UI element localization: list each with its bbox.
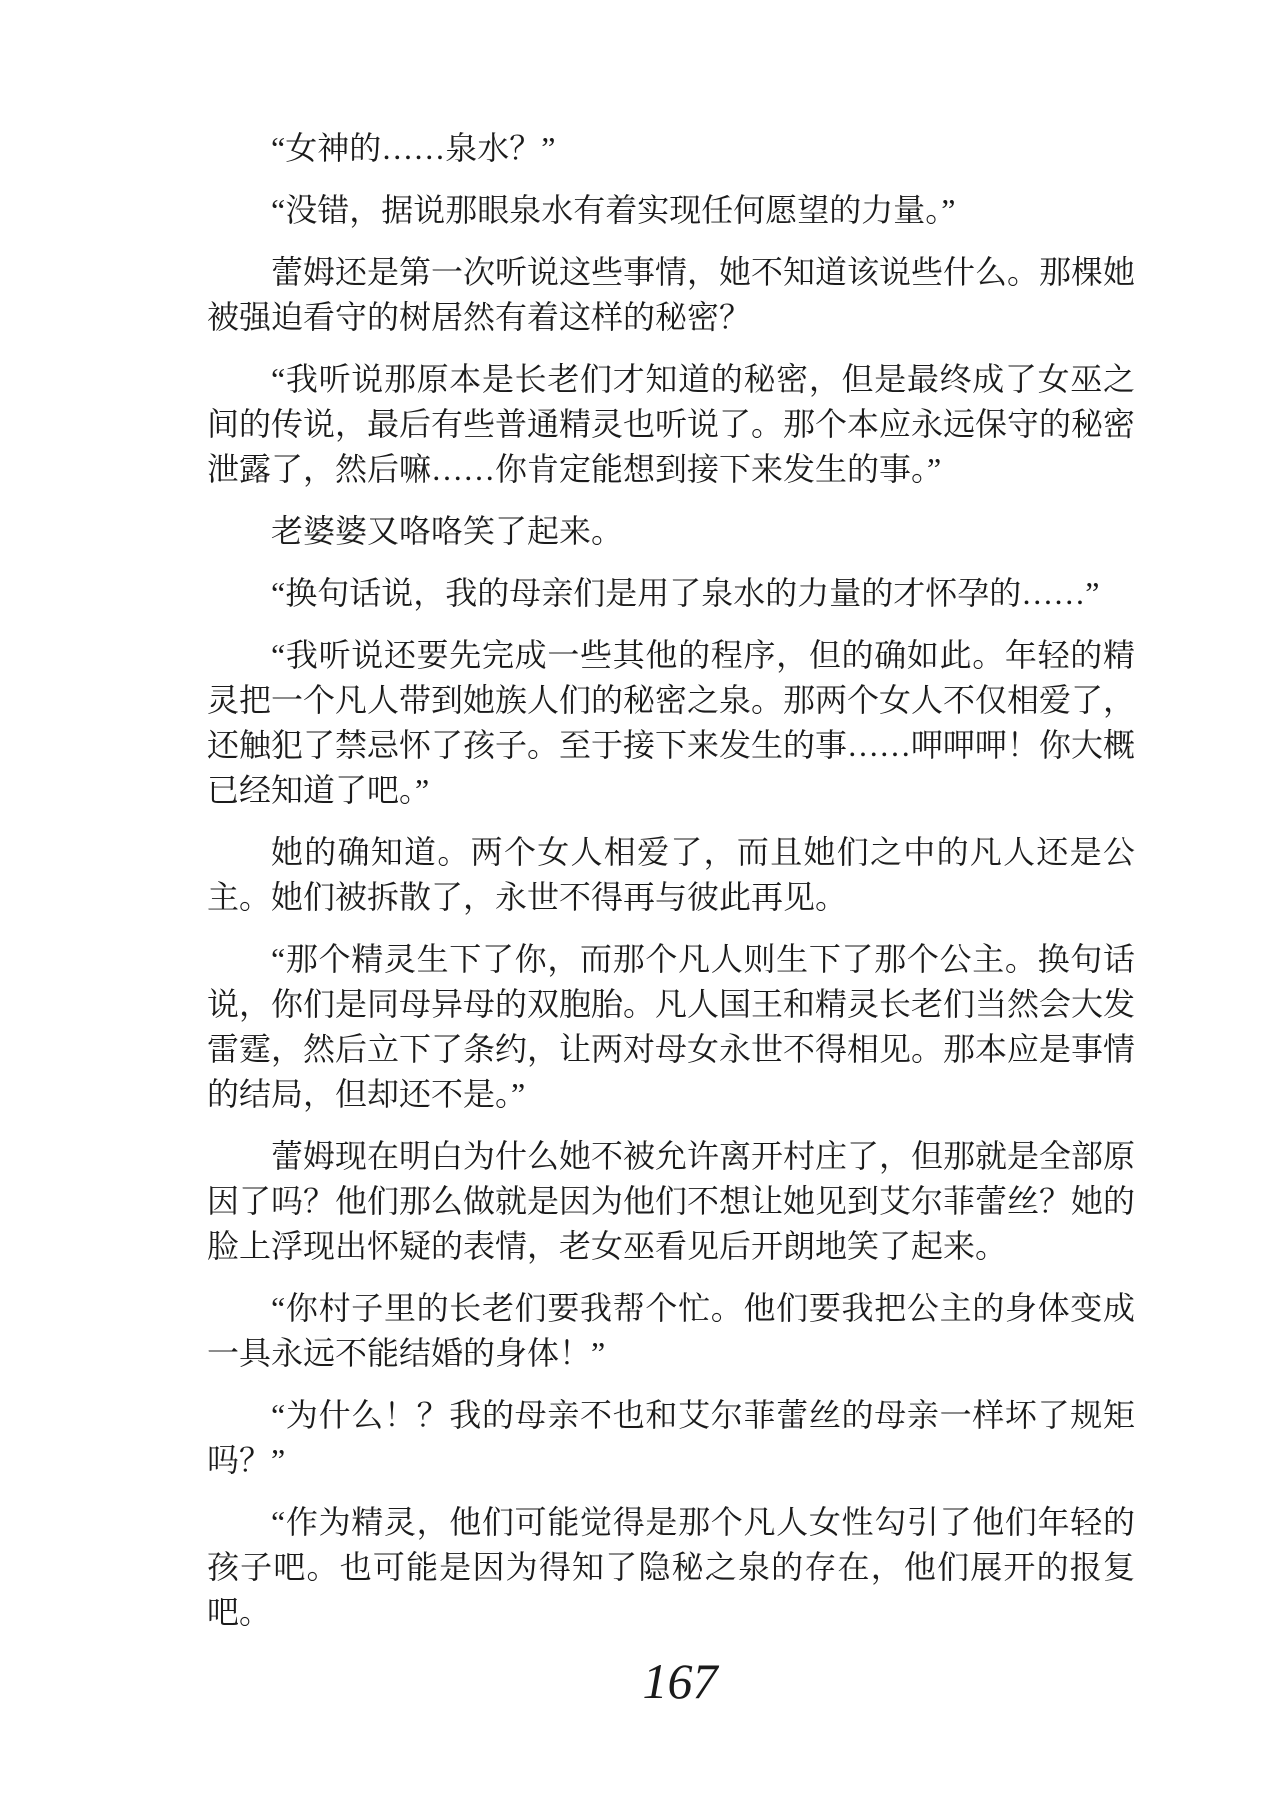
paragraph: 她的确知道。两个女人相爱了，而且她们之中的凡人还是公主。她们被拆散了，永世不得再… — [207, 830, 1135, 920]
paragraph: “你村子里的长老们要我帮个忙。他们要我把公主的身体变成一具永远不能结婚的身体！” — [207, 1286, 1135, 1376]
paragraph: “为什么！？我的母亲不也和艾尔菲蕾丝的母亲一样坏了规矩吗？” — [207, 1393, 1135, 1483]
paragraph: “我听说那原本是长老们才知道的秘密，但是最终成了女巫之间的传说，最后有些普通精灵… — [207, 357, 1135, 492]
paragraph: 老婆婆又咯咯笑了起来。 — [207, 509, 1135, 554]
paragraph: “那个精灵生下了你，而那个凡人则生下了那个公主。换句话说，你们是同母异母的双胞胎… — [207, 937, 1135, 1117]
paragraph: “女神的……泉水？” — [207, 126, 1135, 171]
paragraph: “没错，据说那眼泉水有着实现任何愿望的力量。” — [207, 188, 1135, 233]
book-page: “女神的……泉水？” “没错，据说那眼泉水有着实现任何愿望的力量。” 蕾姆还是第… — [0, 0, 1280, 1816]
text-block: “女神的……泉水？” “没错，据说那眼泉水有着实现任何愿望的力量。” 蕾姆还是第… — [207, 126, 1135, 1635]
paragraph: “作为精灵，他们可能觉得是那个凡人女性勾引了他们年轻的孩子吧。也可能是因为得知了… — [207, 1500, 1135, 1635]
paragraph: 蕾姆还是第一次听说这些事情，她不知道该说些什么。那棵她被强迫看守的树居然有着这样… — [207, 250, 1135, 340]
paragraph: “我听说还要先完成一些其他的程序，但的确如此。年轻的精灵把一个凡人带到她族人们的… — [207, 633, 1135, 813]
page-number: 167 — [216, 1652, 1144, 1710]
paragraph: “换句话说，我的母亲们是用了泉水的力量的才怀孕的……” — [207, 571, 1135, 616]
paragraph: 蕾姆现在明白为什么她不被允许离开村庄了，但那就是全部原因了吗？他们那么做就是因为… — [207, 1134, 1135, 1269]
